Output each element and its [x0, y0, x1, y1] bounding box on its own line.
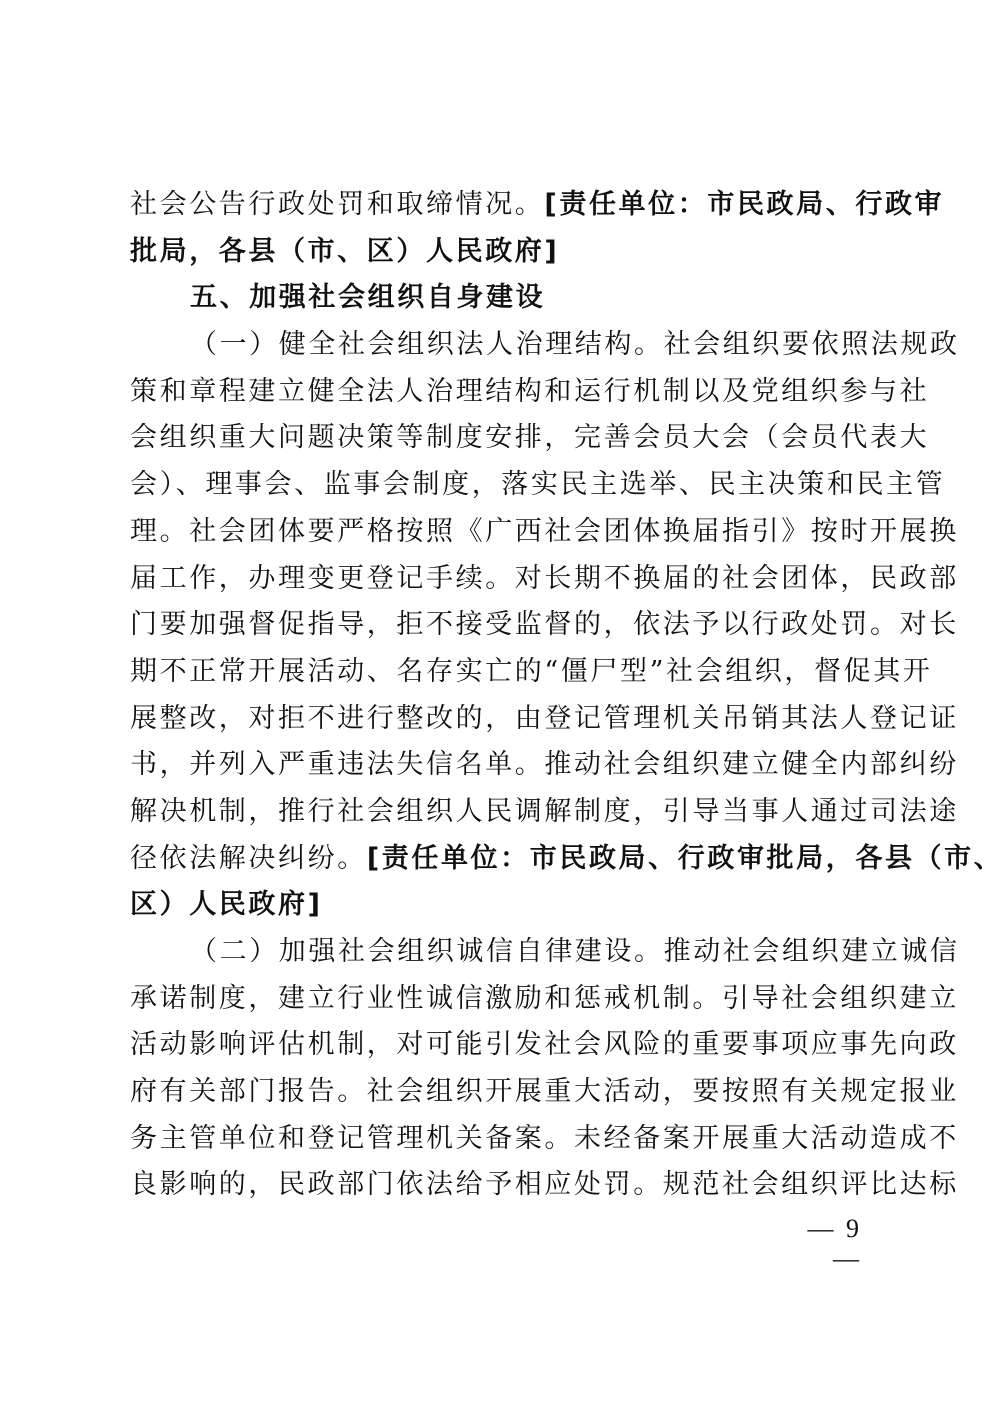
responsibility-note: [责任单位：市民政局、行政审: [544, 189, 944, 220]
text-line-20: 府有关部门报告。社会组织开展重大活动，要按照有关规定报业: [130, 1069, 862, 1116]
text-line-7: 会）、理事会、监事会制度，落实民主选举、民主决策和民主管: [130, 462, 862, 509]
body-text: 承诺制度，建立行业性诚信激励和惩戒机制。引导社会组织建立: [130, 983, 959, 1014]
text-line-1: 社会公告行政处罚和取缔情况。[责任单位：市民政局、行政审: [130, 182, 862, 229]
section-heading-text: 五、加强社会组织自身建设: [190, 282, 545, 313]
text-line-9: 届工作，办理变更登记手续。对长期不换届的社会团体，民政部: [130, 556, 862, 603]
body-text: 会）、理事会、监事会制度，落实民主选举、民主决策和民主管: [130, 469, 945, 500]
text-line-22: 良影响的，民政部门依法给予相应处罚。规范社会组织评比达标: [130, 1162, 862, 1209]
body-text: 理。社会团体要严格按照《广西社会团体换届指引》按时开展换: [130, 516, 959, 547]
body-text: 务主管单位和登记管理机关备案。未经备案开展重大活动造成不: [130, 1123, 959, 1154]
text-line-14: 解决机制，推行社会组织人民调解制度，引导当事人通过司法途: [130, 789, 862, 836]
text-line-18: 承诺制度，建立行业性诚信激励和惩戒机制。引导社会组织建立: [130, 976, 862, 1023]
body-text: 社会公告行政处罚和取缔情况。: [130, 189, 544, 220]
text-line-6: 会组织重大问题决策等制度安排，完善会员大会（会员代表大: [130, 415, 862, 462]
body-text: 门要加强督促指导，拒不接受监督的，依法予以行政处罚。对长: [130, 609, 959, 640]
text-line-8: 理。社会团体要严格按照《广西社会团体换届指引》按时开展换: [130, 509, 862, 556]
body-text: （一）健全社会组织法人治理结构。社会组织要依照法规政: [190, 329, 960, 360]
body-text: 良影响的，民政部门依法给予相应处罚。规范社会组织评比达标: [130, 1169, 959, 1200]
text-line-13: 书，并列入严重违法失信名单。推动社会组织建立健全内部纠纷: [130, 742, 862, 789]
text-line-19: 活动影响评估机制，对可能引发社会风险的重要事项应事先向政: [130, 1022, 862, 1069]
document-page: 社会公告行政处罚和取缔情况。[责任单位：市民政局、行政审 批局，各县（市、区）人…: [130, 182, 862, 1209]
body-text: 策和章程建立健全法人治理结构和运行机制以及党组织参与社: [130, 376, 929, 407]
body-text: 届工作，办理变更登记手续。对长期不换届的社会团体，民政部: [130, 563, 959, 594]
body-text: 府有关部门报告。社会组织开展重大活动，要按照有关规定报业: [130, 1076, 959, 1107]
body-text: 展整改，对拒不进行整改的，由登记管理机关吊销其法人登记证: [130, 703, 959, 734]
text-line-11: 期不正常开展活动、名存实亡的“僵尸型”社会组织，督促其开: [130, 649, 862, 696]
body-text: 解决机制，推行社会组织人民调解制度，引导当事人通过司法途: [130, 796, 959, 827]
text-line-10: 门要加强督促指导，拒不接受监督的，依法予以行政处罚。对长: [130, 602, 862, 649]
page-number: — 9 —: [780, 1214, 862, 1274]
text-line-12: 展整改，对拒不进行整改的，由登记管理机关吊销其法人登记证: [130, 696, 862, 743]
body-text: 期不正常开展活动、名存实亡的“僵尸型”社会组织，督促其开: [130, 656, 932, 687]
responsibility-note: 批局，各县（市、区）人民政府]: [130, 236, 559, 267]
body-text: （二）加强社会组织诚信自律建设。推动社会组织建立诚信: [190, 936, 960, 967]
body-text: 会组织重大问题决策等制度安排，完善会员大会（会员代表大: [130, 422, 929, 453]
text-line-15: 径依法解决纠纷。[责任单位：市民政局、行政审批局，各县（市、: [130, 836, 862, 883]
body-text: 径依法解决纠纷。: [130, 843, 367, 874]
body-text: 书，并列入严重违法失信名单。推动社会组织建立健全内部纠纷: [130, 749, 959, 780]
text-line-16: 区）人民政府]: [130, 882, 862, 929]
body-text: 活动影响评估机制，对可能引发社会风险的重要事项应事先向政: [130, 1029, 959, 1060]
text-line-2: 批局，各县（市、区）人民政府]: [130, 229, 862, 276]
text-line-5: 策和章程建立健全法人治理结构和运行机制以及党组织参与社: [130, 369, 862, 416]
text-line-21: 务主管单位和登记管理机关备案。未经备案开展重大活动造成不: [130, 1116, 862, 1163]
section-heading: 五、加强社会组织自身建设: [130, 275, 862, 322]
subsection-1-start: （一）健全社会组织法人治理结构。社会组织要依照法规政: [130, 322, 862, 369]
subsection-2-start: （二）加强社会组织诚信自律建设。推动社会组织建立诚信: [130, 929, 862, 976]
responsibility-note: 区）人民政府]: [130, 889, 323, 920]
responsibility-note: [责任单位：市民政局、行政审批局，各县（市、: [367, 843, 992, 874]
